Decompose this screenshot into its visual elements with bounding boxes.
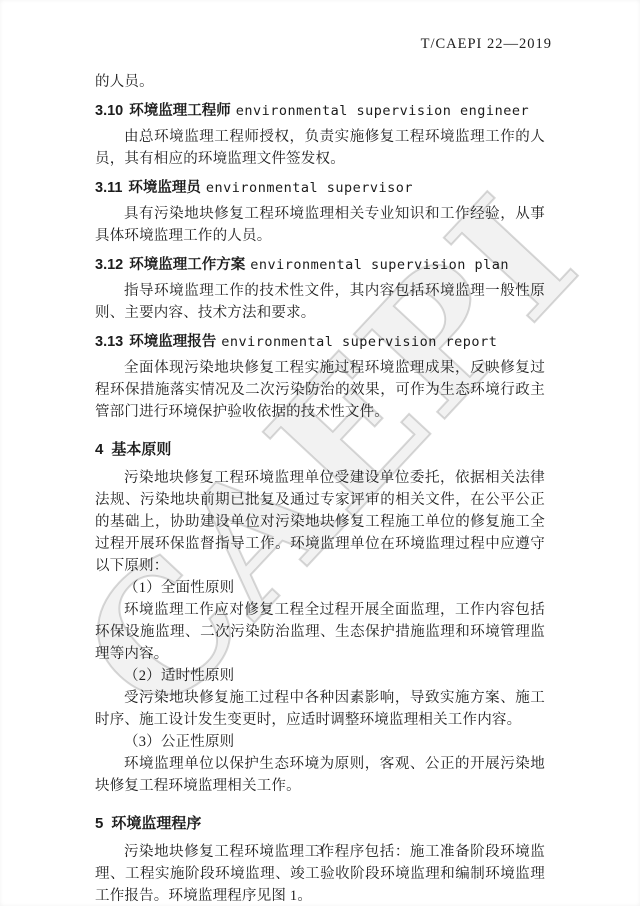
term-en: environmental supervision plan bbox=[250, 257, 509, 273]
term-number: 3.13 bbox=[95, 334, 123, 350]
document-body: 的人员。 3.10环境监理工程师environmental supervisio… bbox=[95, 71, 545, 906]
section-number: 4 bbox=[95, 441, 103, 458]
term-en: environmental supervisor bbox=[206, 180, 413, 196]
term-number: 3.10 bbox=[95, 103, 123, 119]
term-heading-3-11: 3.11环境监理员environmental supervisor bbox=[95, 177, 545, 199]
paragraph: 的人员。 bbox=[95, 71, 545, 93]
term-zh: 环境监理报告 bbox=[129, 334, 216, 350]
paragraph: 环境监理单位以保护生态环境为原则，客观、公正的开展污染地块修复工程环境监理相关工… bbox=[95, 753, 545, 797]
section-title: 环境监理程序 bbox=[111, 815, 201, 832]
paragraph: 具有污染地块修复工程环境监理相关专业知识和工作经验，从事具体环境监理工作的人员。 bbox=[95, 203, 545, 247]
term-number: 3.12 bbox=[95, 257, 123, 273]
term-zh: 环境监理工程师 bbox=[129, 103, 231, 119]
section-number: 5 bbox=[95, 815, 103, 832]
paragraph: 由总环境监理工程师授权，负责实施修复工程环境监理工作的人员，其有相应的环境监理文… bbox=[95, 126, 545, 170]
paragraph: 环境监理工作应对修复工程全过程开展全面监理，工作内容包括环保设施监理、二次污染防… bbox=[95, 599, 545, 665]
paragraph: 污染地块修复工程环境监理单位受建设单位委托，依据相关法律法规、污染地块前期已批复… bbox=[95, 467, 545, 577]
term-en: environmental supervision engineer bbox=[236, 103, 529, 119]
section-heading-4: 4基本原则 bbox=[95, 438, 545, 461]
term-heading-3-12: 3.12环境监理工作方案environmental supervision pl… bbox=[95, 254, 545, 276]
list-item: （2）适时性原则 bbox=[95, 665, 545, 687]
section-title: 基本原则 bbox=[111, 441, 171, 458]
standard-code-header: T/CAEPI 22—2019 bbox=[421, 36, 552, 53]
paragraph: 受污染地块修复施工过程中各种因素影响，导致实施方案、施工时序、施工设计发生变更时… bbox=[95, 687, 545, 731]
list-item: （1）全面性原则 bbox=[95, 577, 545, 599]
term-zh: 环境监理员 bbox=[128, 180, 201, 196]
term-heading-3-10: 3.10环境监理工程师environmental supervision eng… bbox=[95, 100, 545, 122]
term-heading-3-13: 3.13环境监理报告environmental supervision repo… bbox=[95, 331, 545, 353]
page-number: 3 bbox=[0, 843, 640, 858]
term-en: environmental supervision report bbox=[221, 334, 497, 350]
section-heading-5: 5环境监理程序 bbox=[95, 812, 545, 835]
paragraph: 全面体现污染地块修复工程实施过程环境监理成果，反映修复过程环保措施落实情况及二次… bbox=[95, 357, 545, 423]
term-zh: 环境监理工作方案 bbox=[129, 257, 245, 273]
list-item: （3）公正性原则 bbox=[95, 731, 545, 753]
term-number: 3.11 bbox=[95, 180, 122, 196]
paragraph: 指导环境监理工作的技术性文件，其内容包括环境监理一般性原则、主要内容、技术方法和… bbox=[95, 280, 545, 324]
document-page: T/CAEPI 22—2019 CAEPI 的人员。 3.10环境监理工程师en… bbox=[0, 0, 640, 906]
